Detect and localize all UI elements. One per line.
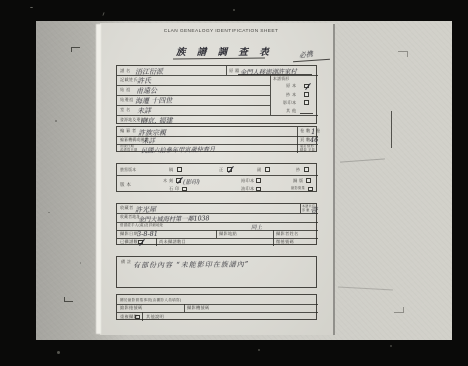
lender-agent-value: 同上 [251,222,262,230]
copy-opt-master-checkbox [227,167,232,172]
film-speck [102,12,104,16]
reel-number-label: 微捲號碼 [276,240,294,245]
sheet-left-edge-highlight [96,24,101,334]
card-speck [48,212,50,213]
identity-table: 譜 名 浯江衍派 原 籍 金門人移澎湖許家村 記載姓氏 許氏 始 祖 甫遠公 始… [116,65,317,124]
filmed-count-label: 已攝譜數 [120,240,138,245]
notes-box: 備 註 有部份內容 “未能影印在族譜內” [116,256,317,288]
edition-microfilm-label: 縮影微捲 [291,187,305,191]
film-scratch-vertical [391,111,392,148]
edition-label: 版 本 [120,182,131,187]
copies-value: 壹 [310,204,318,215]
copy-type-label: 謄寫版本 [120,168,136,172]
photo-place-label: 攝影地點 [219,232,237,237]
film-speck [30,7,33,8]
field-label-surname: 記載姓氏 [120,78,138,83]
filmed-count-checkbox [138,240,143,245]
kind-option-manuscript-checkbox [304,92,309,97]
film-number-label: 縮影捲號碼 [120,306,142,311]
copy-opt-duplicate-label: 副 [257,168,262,173]
field-value-hall-name: 未詳 [137,105,151,115]
edition-woodblock-note: (影印) [183,176,200,185]
kind-option-other-label: 其 他 [286,109,296,114]
photo-date-value: 3-8-81 [137,230,158,238]
kind-option-photocopy-checkbox [304,100,309,105]
field-label-compiler: 編 纂 者 [120,129,136,134]
field-value-first-ancestor: 甫遠公 [136,85,157,95]
edition-letterpress-label: 鉛印本 [241,179,254,184]
volumes-suffix: 卷 [316,129,321,134]
film-speck [258,349,260,351]
volumes-value: 1 [311,127,316,135]
binding-label-2: 精裝 平裝 [300,149,315,153]
owner-value: 許光犀 [135,204,156,214]
edition-lithograph-checkbox [182,187,187,192]
field-value-surname: 許氏 [137,75,151,85]
copy-opt-transcript-checkbox [304,167,309,172]
notes-label: 備 註 [121,260,131,265]
photographer-name-label: 攝影者姓名 [276,232,298,237]
field-value-compiling-org: 未詳 [142,136,155,145]
edition-lithograph-label: 石 印 [169,187,179,192]
field-label-origin: 原 籍 [229,69,239,74]
copies-label-2: 部 數 [302,209,310,212]
lender-agent-label: 借譜經手人(處)及詳細地址 [120,224,163,228]
field-label-migrant-ancestor: 始遷祖 [120,98,133,103]
kind-option-photocopy-label: 影印本 [283,101,296,106]
edition-mimeograph-label: 油印本 [241,187,254,192]
origin-underline [238,74,312,75]
printed-form-title: CLAN GENEALOGY IDENTIFICATION SHEET [160,29,282,35]
copy-opt-duplicate-checkbox [265,167,270,172]
camera-number-label: 攝影機號碼 [187,306,209,311]
field-value-place-of-origin: 南京, 福建 [140,115,173,126]
kind-option-other-blank [300,113,313,114]
bracket-mark-bottom-right [394,307,404,313]
compiler-table: 編 纂 者 許族宗親 編纂機構或團體 未詳 出版日期 或繕寫日期 民國六拾參年甲… [116,126,317,152]
pages-value: 46 [310,136,318,144]
bracket-mark-top-left [71,47,80,52]
photo-date-label: 攝影日期 [120,232,138,237]
copy-opt-draft-checkbox [177,167,182,172]
other-notes-label: 其他說明 [146,315,164,320]
field-label-hall-name: 堂 名 [120,108,130,113]
edition-letterpress-checkbox [256,178,261,183]
field-label-first-ancestor: 始 祖 [120,88,130,93]
kind-option-original-checkbox [304,84,309,89]
microfilm-table: 關於縮影微捲事項(由攝影人員填寫) 縮影捲號碼 攝影機號碼 重複攝影 其他說明 [116,294,317,320]
field-label-publish-date-2: 或繕寫日期 [120,149,137,153]
edition-microfilm-checkbox [308,187,313,192]
microfilm-frame: CLAN GENEALOGY IDENTIFICATION SHEET 族 譜 … [0,0,468,366]
retake-checkbox [135,315,140,320]
edition-woodblock-label: 木 刻 [163,179,173,184]
field-value-publish-date: 民國六拾參年甲寅歲仲春月 [141,144,215,154]
bracket-mark-bottom-left [64,297,73,302]
film-speck [57,351,60,354]
film-speck [390,345,392,347]
chinese-form-title: 族 譜 調 查 表 [176,44,273,58]
owner-table: 收藏者 許光犀 本譜共有 部 數 壹 收藏者地址 金門大城海村第一鄰1038 借… [116,203,317,245]
edition-copperplate-checkbox [306,178,311,183]
notes-handwritten-text: 有部份內容 “未能影印在族譜內” [133,259,249,270]
edition-table: 謄寫版本 稿 正 副 抄 版 本 木 刻 (影印) 鉛印本 銅 版 石 印 油印… [116,163,317,192]
card-speck [55,120,57,122]
film-speck [233,9,235,11]
copy-opt-transcript-label: 抄 [296,168,301,173]
copy-kind-header: 本譜情形 [273,77,289,81]
field-label-title: 譜 名 [120,69,130,74]
kind-option-manuscript-label: 抄 本 [286,93,296,98]
copy-opt-master-label: 正 [219,168,224,173]
volumes-label: 卷 數 [300,129,310,134]
field-value-migrant-ancestor: 海遷 十四世 [135,95,172,106]
kind-option-original-label: 原 本 [286,84,296,89]
edition-woodblock-checkbox [176,178,181,183]
pending-count-label: 尚未攝譜數目 [159,240,186,245]
owner-address-value: 金門大城海村第一鄰1038 [138,213,210,223]
sheet-right-edge-crease [333,24,335,335]
bracket-mark-top-right [398,51,408,57]
microfilm-section-header: 關於縮影微捲事項(由攝影人員填寫) [120,298,181,302]
pages-label: 頁 數 [300,138,310,143]
edition-mimeograph-checkbox [256,187,261,192]
edition-copperplate-label: 銅 版 [293,179,303,184]
copy-opt-draft-label: 稿 [169,168,174,173]
card-speck [80,262,81,264]
owner-label: 收藏者 [120,206,133,211]
